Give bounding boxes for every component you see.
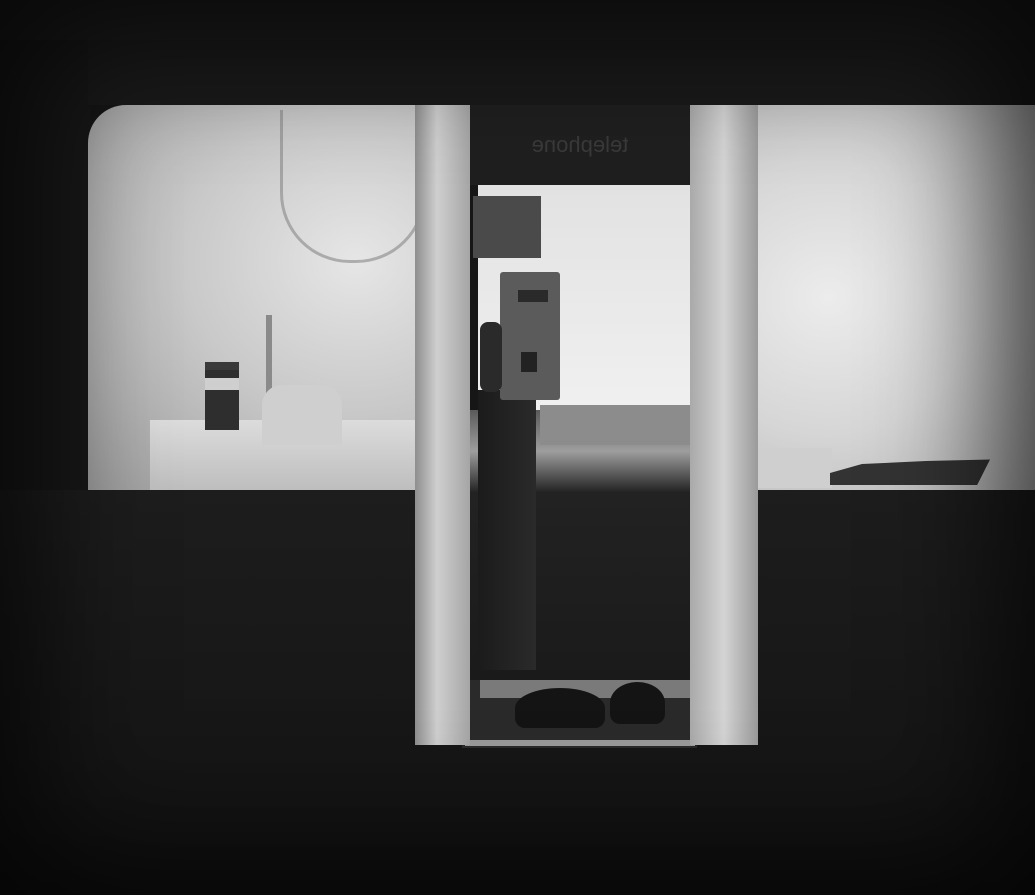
- booth-floor-edge: [465, 740, 695, 746]
- payphone-display: [518, 290, 548, 302]
- phone-instruction-box: [473, 196, 541, 258]
- ship-mast: [266, 315, 272, 395]
- left-wall: [0, 40, 90, 500]
- ship-bridge: [262, 385, 342, 445]
- payphone-coin-slot: [521, 352, 537, 372]
- telephone-sign: telephone: [470, 125, 690, 165]
- dock-right: [752, 448, 832, 488]
- booth-shelf: [540, 405, 692, 445]
- ship-funnel: [205, 362, 239, 430]
- booth-frame-left: [415, 105, 470, 745]
- hanging-cable: [280, 110, 426, 263]
- window-right-sky: [740, 105, 1035, 490]
- window-top-frame: [88, 40, 1035, 105]
- shoe-left: [515, 688, 605, 728]
- photo: telephone: [0, 0, 1035, 895]
- payphone-handset: [480, 322, 502, 392]
- shoe-right: [610, 682, 665, 724]
- top-border: [0, 0, 1035, 40]
- phone-pole: [478, 390, 536, 670]
- booth-frame-right: [690, 105, 758, 745]
- ship-funnel-band: [205, 378, 239, 390]
